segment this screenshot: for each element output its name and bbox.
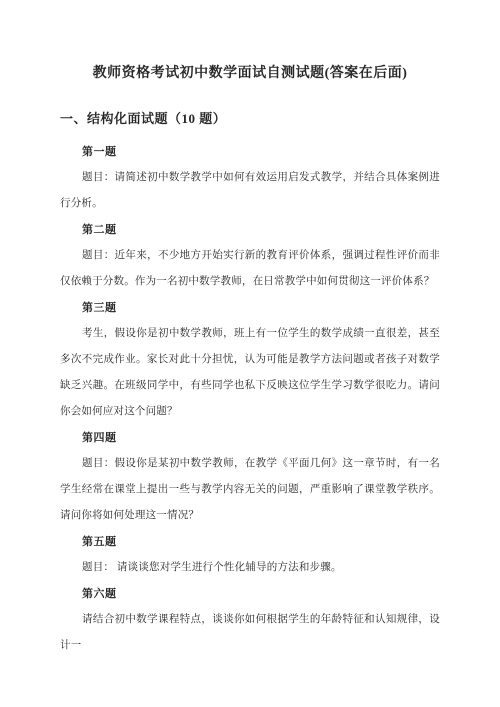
section-heading: 一、结构化面试题（10 题） [60,110,440,128]
document-title: 教师资格考试初中数学面试自测试题(答案在后面) [60,64,440,83]
question-label: 第一题 [60,139,440,165]
question-text: 题目： 请谈谈您对学生进行个性化辅导的方法和步骤。 [60,555,440,581]
question-list: 第一题 题目：请简述初中数学教学中如何有效运用启发式教学，并结合具体案例进行分析… [60,139,440,659]
question-label: 第三题 [60,295,440,321]
question-item-3: 第三题 考生，假设你是初中数学教师，班上有一位学生的数学成绩一直很差，甚至多次不… [60,295,440,425]
question-item-5: 第五题 题目： 请谈谈您对学生进行个性化辅导的方法和步骤。 [60,529,440,581]
question-text: 考生，假设你是初中数学教师，班上有一位学生的数学成绩一直很差，甚至多次不完成作业… [60,321,440,425]
document-page: 教师资格考试初中数学面试自测试题(答案在后面) 一、结构化面试题（10 题） 第… [0,0,500,707]
question-label: 第四题 [60,425,440,451]
question-text: 请结合初中数学课程特点，谈谈你如何根据学生的年龄特征和认知规律，设计一 [60,607,440,659]
question-label: 第五题 [60,529,440,555]
question-item-2: 第二题 题目：近年来，不少地方开始实行新的教育评价体系，强调过程性评价而非仅依赖… [60,217,440,295]
question-label: 第六题 [60,581,440,607]
question-text: 题目：近年来，不少地方开始实行新的教育评价体系，强调过程性评价而非仅依赖于分数。… [60,243,440,295]
question-label: 第二题 [60,217,440,243]
question-item-6: 第六题 请结合初中数学课程特点，谈谈你如何根据学生的年龄特征和认知规律，设计一 [60,581,440,659]
question-text: 题目：假设你是某初中数学教师，在教学《平面几何》这一章节时，有一名学生经常在课堂… [60,451,440,529]
question-text: 题目：请简述初中数学教学中如何有效运用启发式教学，并结合具体案例进行分析。 [60,165,440,217]
question-item-1: 第一题 题目：请简述初中数学教学中如何有效运用启发式教学，并结合具体案例进行分析… [60,139,440,217]
question-item-4: 第四题 题目：假设你是某初中数学教师，在教学《平面几何》这一章节时，有一名学生经… [60,425,440,529]
